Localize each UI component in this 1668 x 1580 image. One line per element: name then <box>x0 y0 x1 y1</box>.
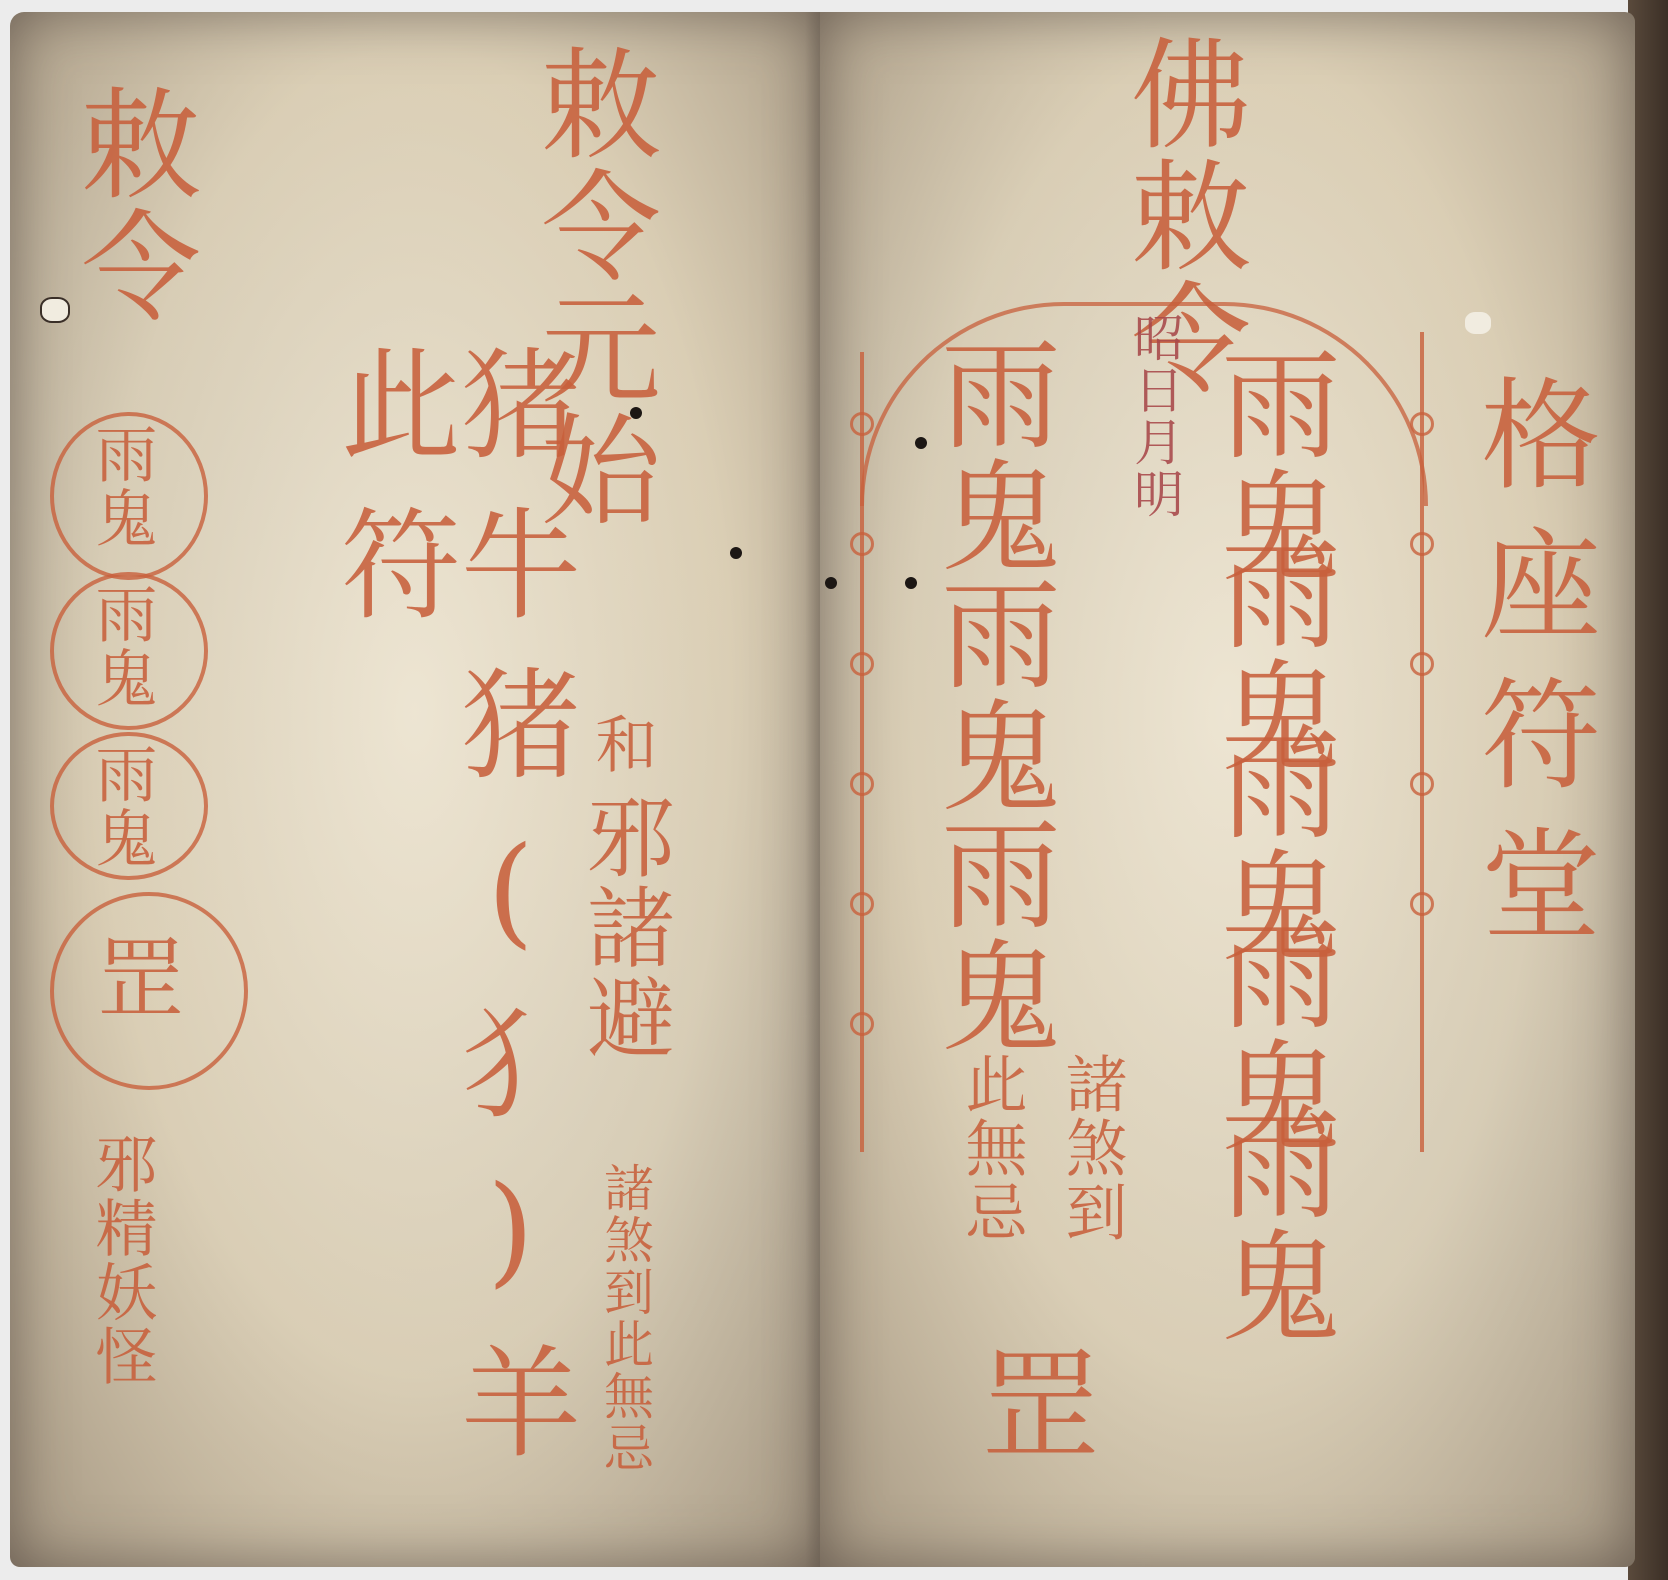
right-bottom-glyph: 罡 <box>970 1342 1090 1464</box>
left-col1-bottom-text: 邪精妖怪 <box>90 1132 152 1388</box>
loop-dot <box>1410 412 1434 436</box>
right-col-text: 格座符堂 <box>1470 372 1590 972</box>
paper-tear <box>40 297 70 323</box>
loop-dot <box>850 772 874 796</box>
loop-dot <box>1410 532 1434 556</box>
loop-dot <box>1410 652 1434 676</box>
loop-dot <box>850 412 874 436</box>
right-note-left: 此無忌 <box>960 1052 1022 1244</box>
left-col1-top-text: 敕令 <box>70 82 190 326</box>
right-ghost-col-left-1: 雨鬼 <box>930 332 1050 576</box>
left-col3-chars: 邪諸避 <box>580 792 668 1062</box>
right-note-mid: 諸煞到 <box>1060 1052 1122 1244</box>
right-page: 佛敕令 昭日月明 雨鬼 雨鬼 雨鬼 雨鬼 雨鬼 雨鬼 雨鬼 雨鬼 此無忌 <box>820 12 1635 1567</box>
paper-spot <box>1465 312 1491 334</box>
left-page: 敕令 雨鬼 雨鬼 雨鬼 罡 邪精妖怪 猪牛猪(犭)羊此符 敕令元始 和 邪諸避 … <box>10 12 820 1567</box>
right-ghost-col-left-2: 雨鬼 <box>930 572 1050 816</box>
left-col3-mid: 和 <box>590 712 652 776</box>
left-ring-ghost-3: 雨鬼 <box>90 742 152 870</box>
loop-dot <box>850 532 874 556</box>
loop-dot <box>1410 892 1434 916</box>
loop-dot <box>1410 772 1434 796</box>
loop-dot <box>850 892 874 916</box>
left-ring-ghost-2: 雨鬼 <box>90 582 152 710</box>
open-talisman-book: 敕令 雨鬼 雨鬼 雨鬼 罡 邪精妖怪 猪牛猪(犭)羊此符 敕令元始 和 邪諸避 … <box>0 12 1640 1567</box>
binding-hole <box>630 407 642 419</box>
photo-scene: 敕令 雨鬼 雨鬼 雨鬼 罡 邪精妖怪 猪牛猪(犭)羊此符 敕令元始 和 邪諸避 … <box>0 0 1668 1580</box>
left-ring-ghost-1: 雨鬼 <box>90 422 152 550</box>
loop-dot <box>850 652 874 676</box>
binding-hole <box>730 547 742 559</box>
left-col3-top-text: 敕令元始 <box>530 42 650 530</box>
binding-hole <box>905 577 917 589</box>
binding-hole <box>915 437 927 449</box>
loop-dot <box>850 1012 874 1036</box>
left-col3-bottom: 諸煞到此無忌 <box>600 1162 650 1474</box>
binding-hole <box>825 577 837 589</box>
right-ghost-col-right-5: 雨鬼 <box>1210 1102 1330 1346</box>
left-ring-gang: 罡 <box>90 932 178 1022</box>
right-ghost-col-left-3: 雨鬼 <box>930 812 1050 1056</box>
loop-chain-right <box>1420 332 1424 1152</box>
